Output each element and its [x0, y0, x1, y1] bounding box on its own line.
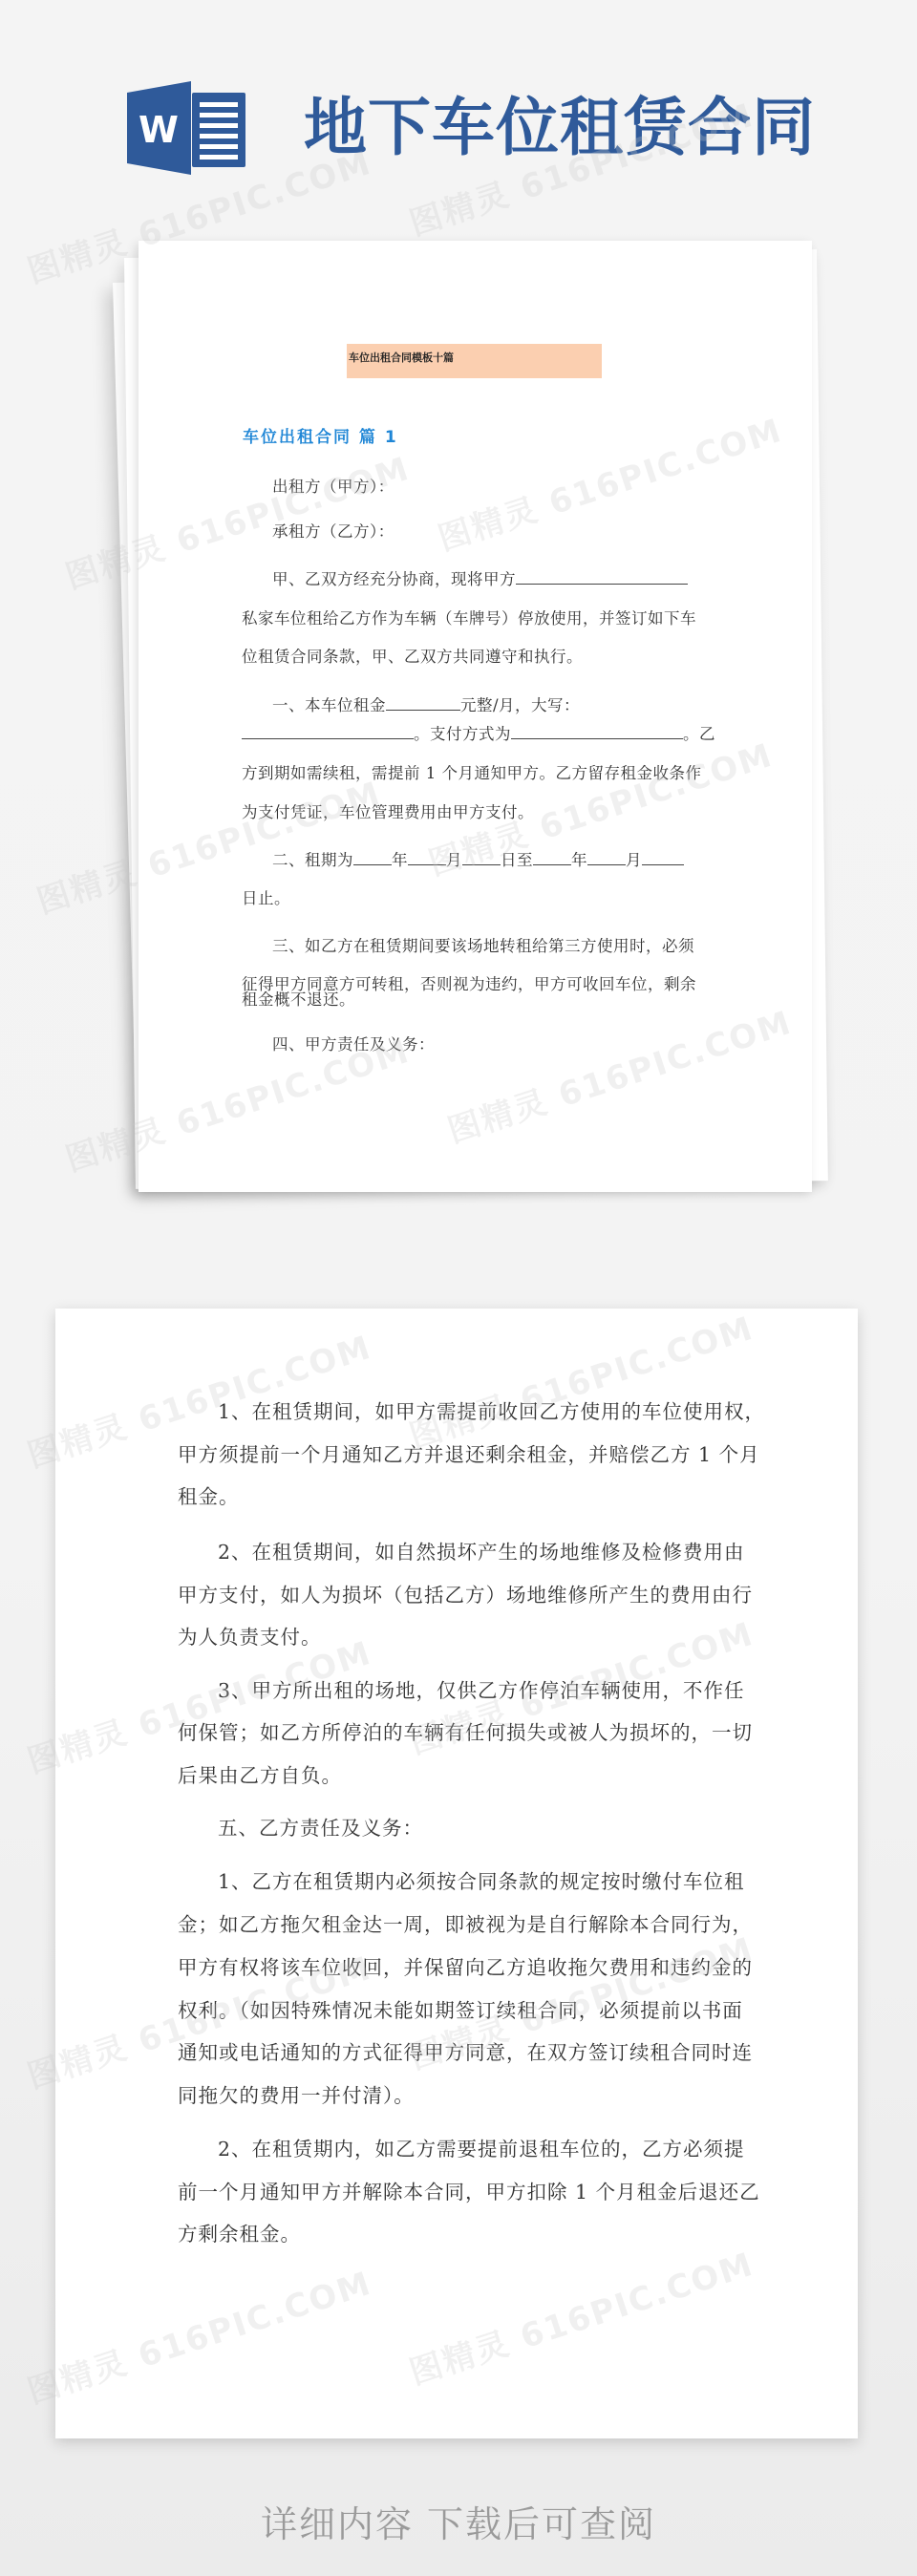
text-line: 三、如乙方在租赁期间要该场地转租给第三方使用时，必须 [272, 936, 694, 957]
text-line: 方剩余租金。 [178, 2221, 301, 2247]
text-line: 1、在租赁期间，如甲方需提前收回乙方使用的车位使用权， [218, 1398, 765, 1425]
blank-field [533, 849, 571, 865]
text-line: 私家车位租给乙方作为车辆（车牌号）停放使用，并签订如下车 [242, 608, 696, 629]
text-line: 四、甲方责任及义务： [272, 1034, 435, 1055]
template-title: 车位出租合同模板十篇 [349, 350, 454, 365]
download-prompt[interactable]: 详细内容 下载后可查阅 [0, 2495, 917, 2547]
text-line: 前一个月通知甲方并解除本合同，甲方扣除 1 个月租金后退还乙 [178, 2179, 760, 2205]
blank-field [408, 849, 446, 865]
blank-field [587, 849, 626, 865]
text-line: 位租赁合同条款，甲、乙双方共同遵守和执行。 [242, 647, 583, 668]
blank-field [642, 849, 684, 865]
text-line: 通知或电话通知的方式征得甲方同意，在双方签订续租合同时连 [178, 2039, 753, 2066]
text-line: 租金概不退还。 [242, 990, 355, 1011]
text-line: 同拖欠的费用一并付清）。 [178, 2082, 415, 2109]
text-line: 权利。（如因特殊情况未能如期签订续租合同，必须提前以书面 [178, 1997, 743, 2024]
text-line: 甲方须提前一个月通知乙方并退还剩余租金，并赔偿乙方 1 个月 [178, 1441, 760, 1468]
text-line: 甲、乙双方经充分协商，现将甲方 [272, 568, 688, 590]
document-page-1 [139, 241, 812, 1192]
document-title: 地下车位租赁合同 [304, 88, 816, 166]
text-line: 承租方（乙方）： [272, 522, 395, 543]
svg-text:W: W [139, 109, 179, 151]
blank-field [386, 694, 460, 711]
text-line: 一、本车位租金元整/月，大写： [272, 694, 580, 716]
text-line: 。支付方式为。乙 [242, 723, 715, 745]
word-icon: W [127, 81, 245, 175]
text-line: 五、乙方责任及义务： [218, 1815, 423, 1842]
text-line: 何保管；如乙方所停泊的车辆有任何损失或被人为损坏的，一切 [178, 1719, 753, 1746]
section-heading: 车位出租合同 篇 1 [243, 423, 398, 447]
template-title-bar: 车位出租合同模板十篇 [347, 344, 602, 378]
text-line: 甲方支付，如人为损坏（包括乙方）场地维修所产生的费用由行 [178, 1582, 753, 1608]
blank-field [353, 849, 392, 865]
text-line: 金；如乙方拖欠租金达一周，即被视为是自行解除本合同行为， [178, 1911, 753, 1938]
text-line: 1、乙方在租赁期内必须按合同条款的规定按时缴付车位租 [218, 1868, 745, 1895]
text-line: 2、在租赁期间，如自然损坏产生的场地维修及检修费用由 [218, 1539, 745, 1565]
blank-field [462, 849, 501, 865]
text-line: 2、在租赁期内，如乙方需要提前退租车位的，乙方必须提 [218, 2136, 745, 2162]
text-line: 3、甲方所出租的场地，仅供乙方作停泊车辆使用，不作任 [218, 1677, 745, 1704]
text-line: 甲方有权将该车位收回，并保留向乙方追收拖欠费用和违约金的 [178, 1954, 753, 1981]
text-line: 后果由乙方自负。 [178, 1762, 342, 1789]
text-line: 出租方（甲方）： [272, 477, 395, 498]
text-line: 方到期如需续租，需提前 1 个月通知甲方。乙方留存租金收条作 [242, 763, 702, 784]
text-line: 日止。 [242, 888, 290, 909]
blank-field [511, 723, 683, 739]
text-line: 二、租期为年月日至年月 [272, 849, 684, 871]
text-line: 为支付凭证，车位管理费用由甲方支付。 [242, 802, 534, 823]
blank-field [242, 723, 414, 739]
text-line: 为人负责支付。 [178, 1624, 322, 1650]
blank-field [516, 568, 688, 585]
text-line: 租金。 [178, 1483, 240, 1510]
